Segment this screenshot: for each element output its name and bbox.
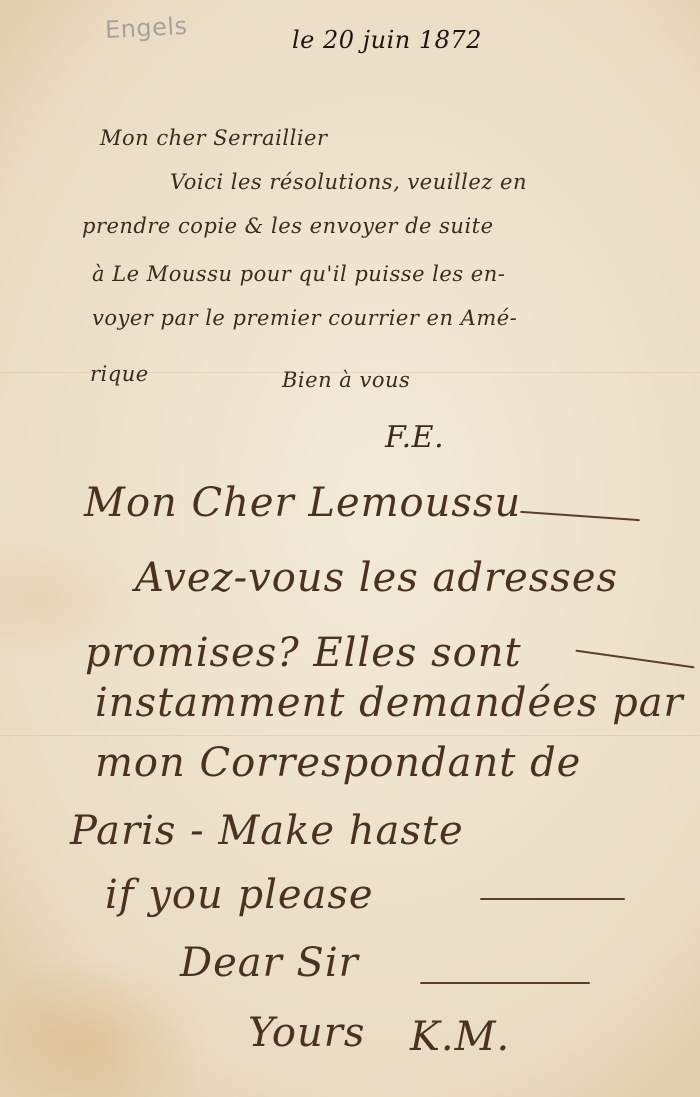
second-closing: Yours xyxy=(248,1010,365,1056)
second-salutation: Mon Cher Lemoussu xyxy=(84,480,521,526)
first-note-line: rique xyxy=(90,362,149,386)
first-salutation: Mon cher Serraillier xyxy=(100,126,328,150)
second-note-line: mon Correspondant de xyxy=(95,740,581,786)
second-note-line: Dear Sir xyxy=(180,940,359,986)
second-note-line: promises? Elles sont xyxy=(85,630,522,676)
first-note-line: prendre copie & les envoyer de suite xyxy=(82,214,494,238)
second-note-line: Avez-vous les adresses xyxy=(135,555,618,601)
flourish-stroke xyxy=(420,982,590,984)
paper-fold xyxy=(0,735,700,736)
letter-page: Engels le 20 juin 1872 Mon cher Serraill… xyxy=(0,0,700,1097)
letter-date: le 20 juin 1872 xyxy=(292,26,482,54)
flourish-stroke xyxy=(520,511,640,521)
first-closing: Bien à vous xyxy=(282,368,410,392)
second-initials: K.M. xyxy=(410,1014,510,1060)
second-note-line: if you please xyxy=(105,872,374,918)
flourish-stroke xyxy=(480,898,625,900)
second-note-line: Paris - Make haste xyxy=(70,808,464,854)
archival-pencil-note: Engels xyxy=(104,12,188,44)
first-note-line: voyer par le premier courrier en Amé- xyxy=(92,306,517,330)
first-initials: F.E. xyxy=(385,420,444,455)
flourish-stroke xyxy=(575,650,694,669)
first-note-line: à Le Moussu pour qu'il puisse les en- xyxy=(92,262,505,286)
first-note-line: Voici les résolutions, veuillez en xyxy=(170,170,527,194)
second-note-line: instamment demandées par xyxy=(95,680,684,726)
